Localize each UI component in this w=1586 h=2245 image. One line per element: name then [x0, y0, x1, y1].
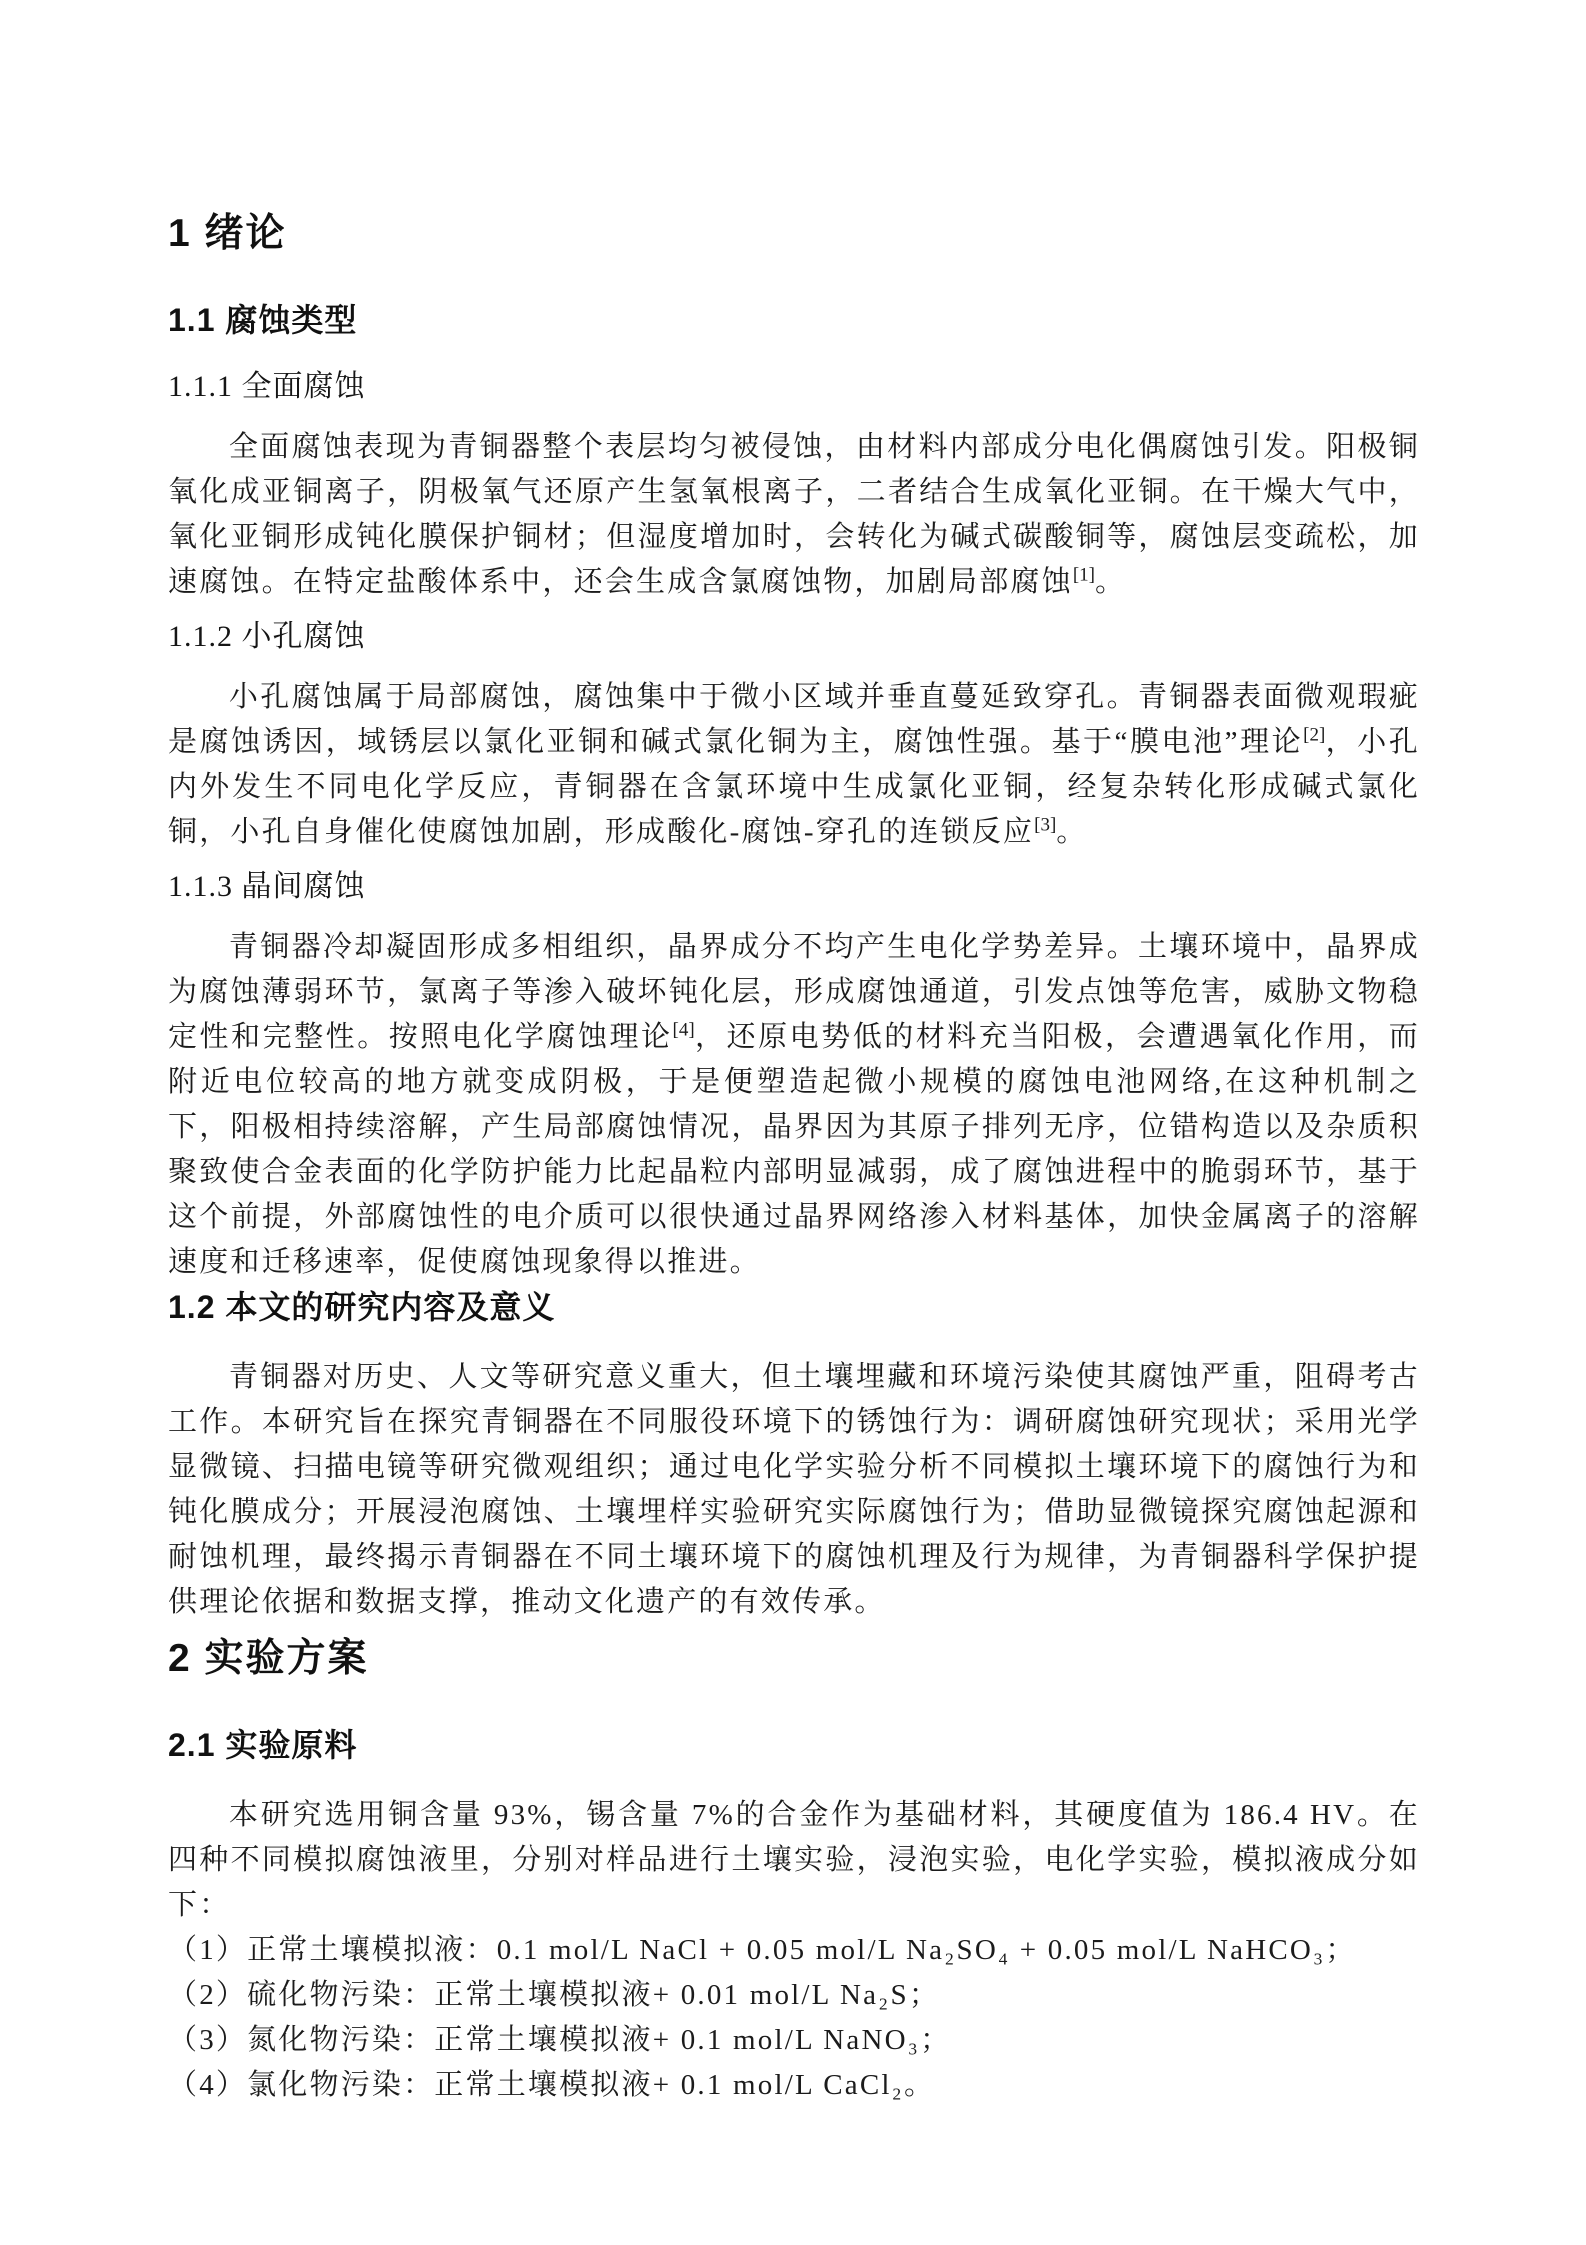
paragraph-text: 。: [1095, 566, 1126, 598]
paragraph-pitting-corrosion: 小孔腐蚀属于局部腐蚀，腐蚀集中于微小区域并垂直蔓延致穿孔。青铜器表面微观瑕疵是腐…: [168, 675, 1420, 855]
solution-item-1: （1）正常土壤模拟液：0.1 mol/L NaCl + 0.05 mol/L N…: [168, 1928, 1420, 1973]
solution-item-4: （4）氯化物污染：正常土壤模拟液+ 0.1 mol/L CaCl₂。: [168, 2063, 1420, 2108]
paragraph-research-significance: 青铜器对历史、人文等研究意义重大，但土壤埋藏和环境污染使其腐蚀严重，阻碍考古工作…: [168, 1355, 1420, 1625]
citation-ref-4: [4]: [673, 1019, 695, 1040]
section-2-1-heading: 2.1 实验原料: [168, 1725, 1420, 1765]
citation-ref-2: [2]: [1303, 724, 1325, 745]
subsection-1-1-1-heading: 1.1.1 全面腐蚀: [168, 368, 1420, 406]
paragraph-materials-intro: 本研究选用铜含量 93%，锡含量 7%的合金作为基础材料，其硬度值为 186.4…: [168, 1793, 1420, 1928]
chapter-1-heading: 1 绪论: [168, 210, 1420, 258]
paragraph-text: 全面腐蚀表现为青铜器整个表层均匀被侵蚀，由材料内部成分电化偶腐蚀引发。阳极铜氧化…: [168, 431, 1420, 598]
section-1-1-heading: 1.1 腐蚀类型: [168, 300, 1420, 340]
section-1-2-heading: 1.2 本文的研究内容及意义: [168, 1287, 1420, 1327]
chapter-2-heading: 2 实验方案: [168, 1635, 1420, 1683]
solution-item-3: （3）氮化物污染：正常土壤模拟液+ 0.1 mol/L NaNO₃；: [168, 2018, 1420, 2063]
paragraph-text: ，还原电势低的材料充当阳极，会遭遇氧化作用，而附近电位较高的地方就变成阴极，于是…: [168, 1021, 1420, 1278]
citation-ref-3: [3]: [1034, 814, 1056, 835]
citation-ref-1: [1]: [1073, 564, 1095, 585]
subsection-1-1-3-heading: 1.1.3 晶间腐蚀: [168, 868, 1420, 906]
paragraph-text: 。: [1056, 816, 1087, 848]
solution-item-2: （2）硫化物污染：正常土壤模拟液+ 0.01 mol/L Na₂S；: [168, 1973, 1420, 2018]
document-page: 1 绪论 1.1 腐蚀类型 1.1.1 全面腐蚀 全面腐蚀表现为青铜器整个表层均…: [0, 0, 1586, 2245]
paragraph-intergranular-corrosion: 青铜器冷却凝固形成多相组织，晶界成分不均产生电化学势差异。土壤环境中，晶界成为腐…: [168, 925, 1420, 1285]
paragraph-general-corrosion: 全面腐蚀表现为青铜器整个表层均匀被侵蚀，由材料内部成分电化偶腐蚀引发。阳极铜氧化…: [168, 425, 1420, 605]
subsection-1-1-2-heading: 1.1.2 小孔腐蚀: [168, 618, 1420, 656]
paragraph-text: 小孔腐蚀属于局部腐蚀，腐蚀集中于微小区域并垂直蔓延致穿孔。青铜器表面微观瑕疵是腐…: [168, 681, 1420, 758]
